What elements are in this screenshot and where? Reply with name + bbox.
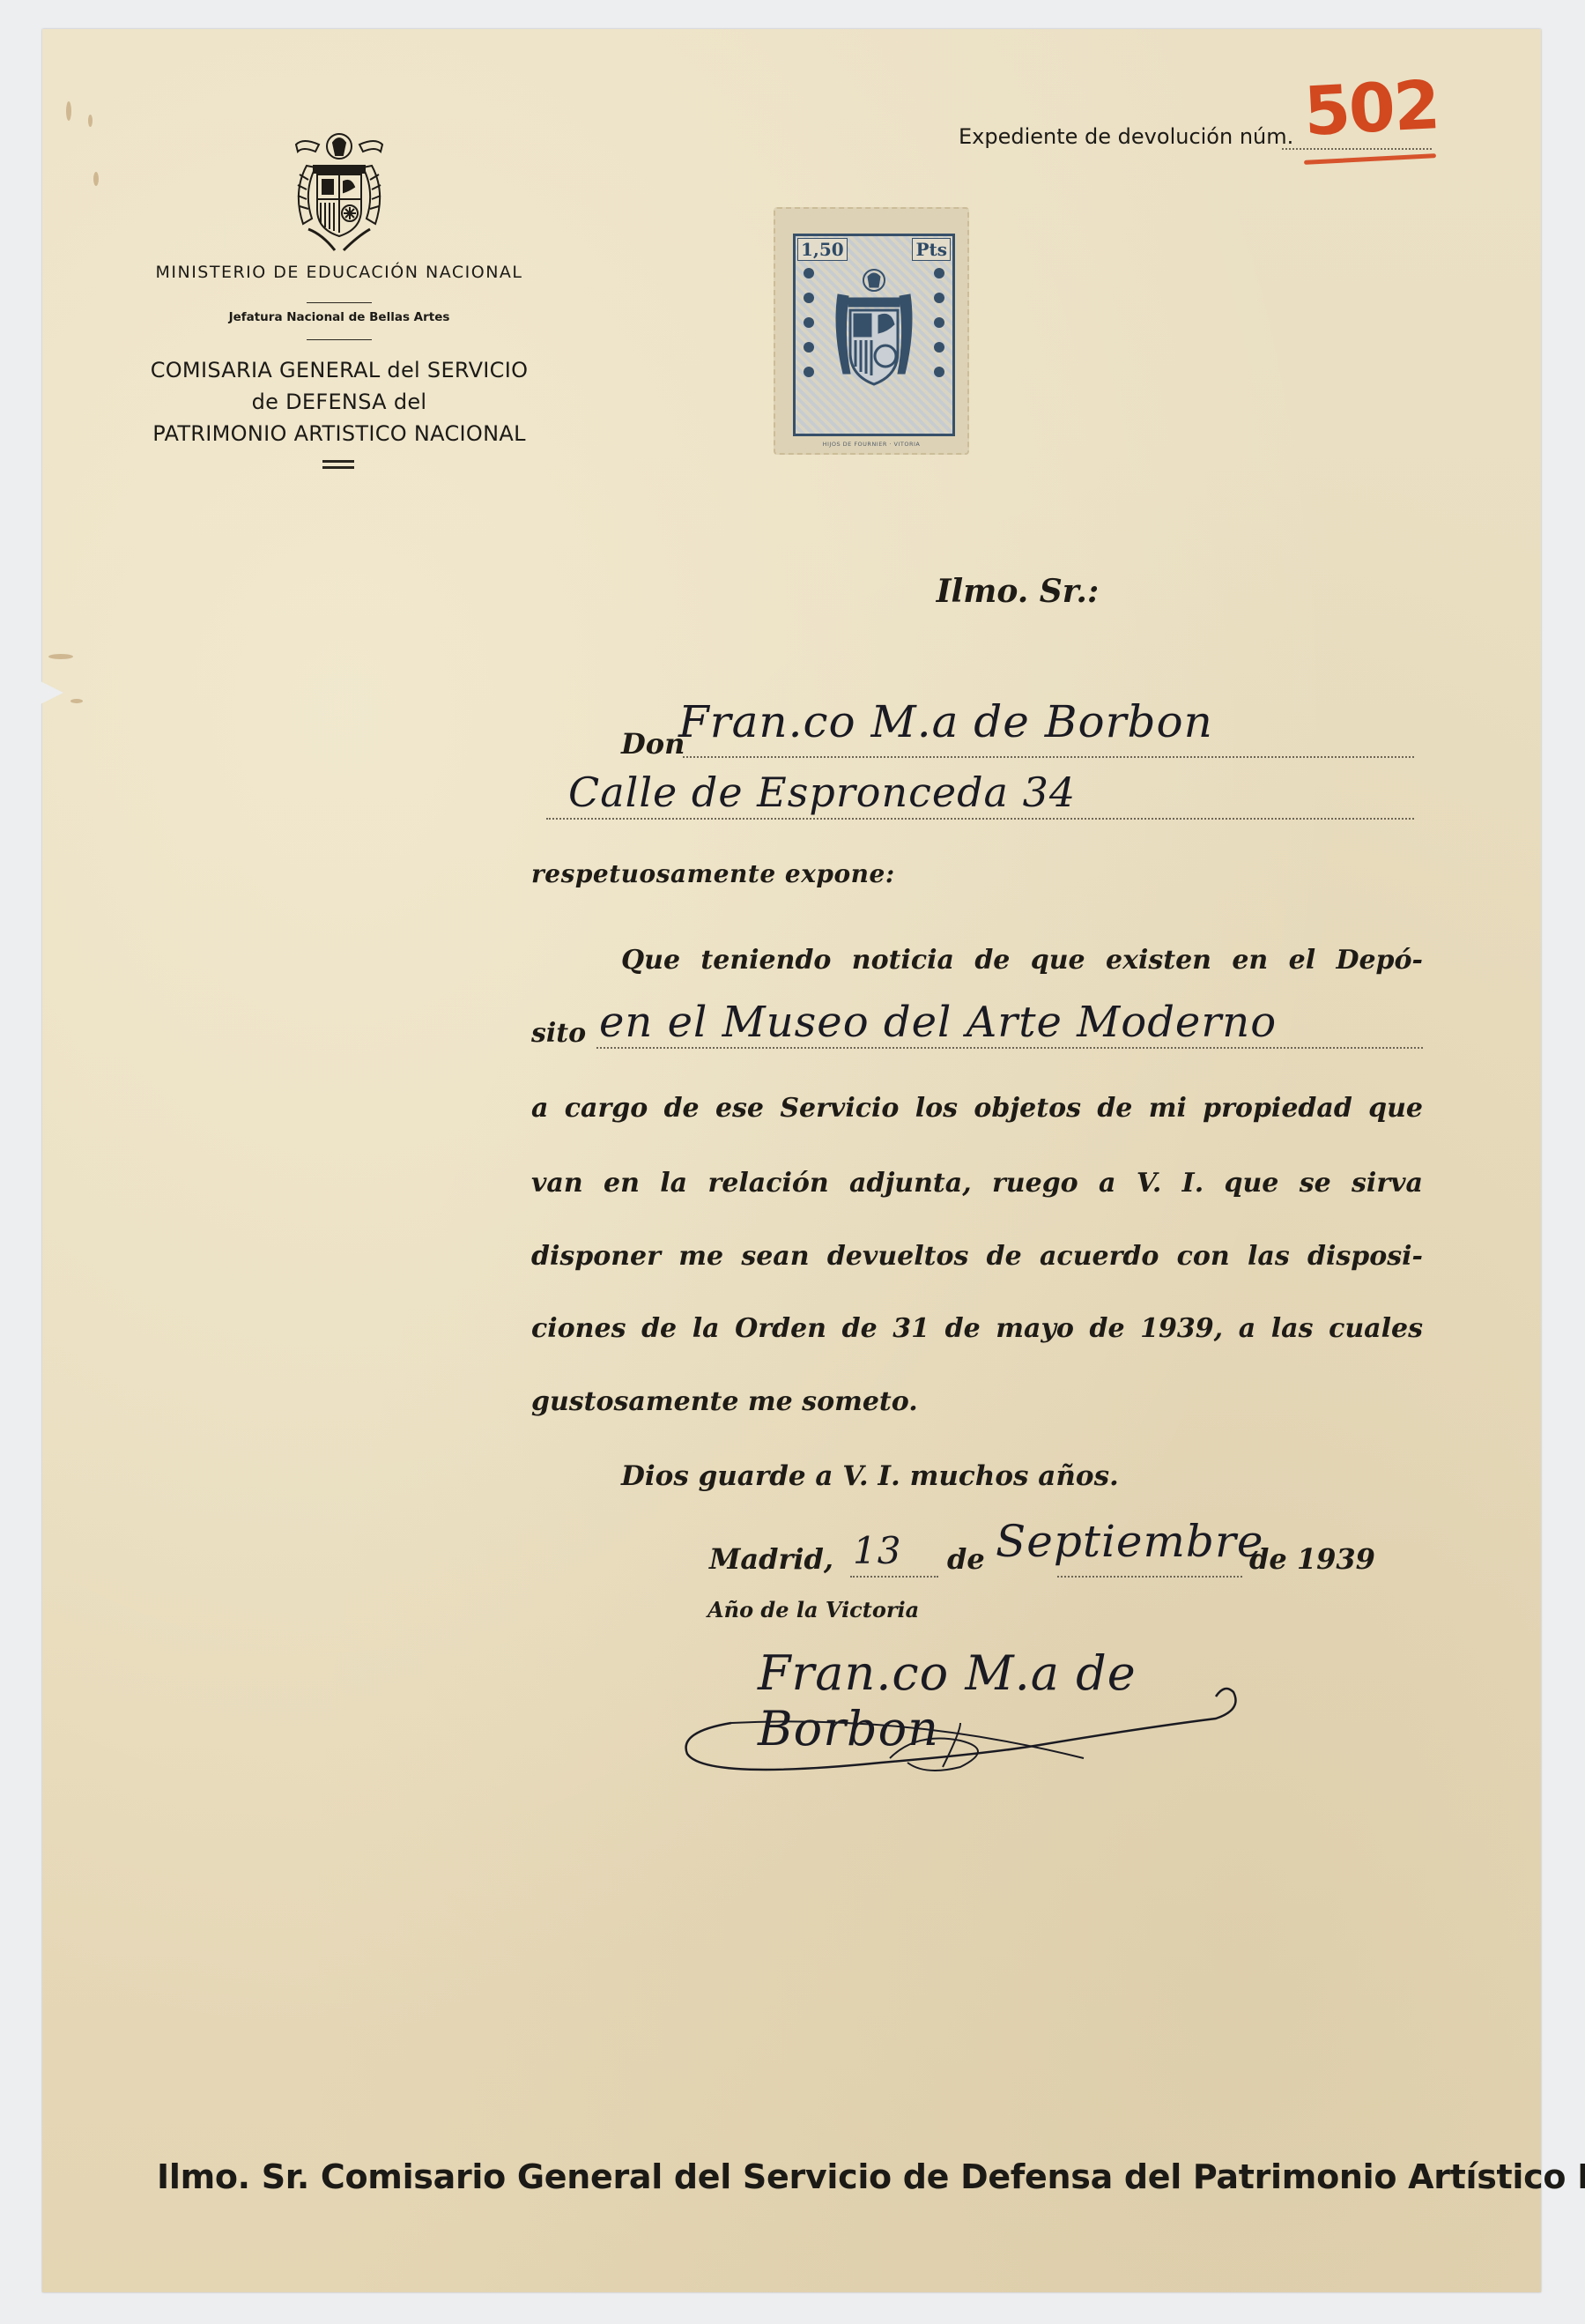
petitioner-address-handwritten: Calle de Espronceda 34	[568, 768, 1076, 816]
file-number-label: Expediente de devolución núm.	[959, 124, 1293, 149]
stamp-border-ornament-icon	[926, 263, 952, 395]
signature-flourish-icon	[678, 1635, 1278, 1785]
stamp-value: 1,50	[797, 238, 848, 261]
stamp-imprint: HIJOS DE FOURNIER · VITORIA	[775, 441, 967, 448]
commission-line: COMISARIA GENERAL del SERVICIO	[141, 354, 537, 386]
torn-edge-notch	[39, 680, 63, 705]
signature: Fran.co M.a de Borbon	[678, 1635, 1278, 1785]
stamp-coat-of-arms-icon	[834, 268, 914, 400]
closing-place: Madrid,	[709, 1542, 833, 1576]
rust-stain	[48, 654, 73, 659]
commission-heading: COMISARIA GENERAL del SERVICIO de DEFENS…	[141, 354, 537, 449]
deposit-location-handwritten: en el Museo del Arte Moderno	[599, 998, 1277, 1047]
stamp-currency: Pts	[912, 238, 951, 261]
salutation: Ilmo. Sr.:	[841, 573, 1194, 610]
header-divider	[307, 339, 372, 340]
body-line: disponer me sean devueltos de acuerdo co…	[531, 1241, 1423, 1272]
commission-line: de DEFENSA del	[141, 386, 537, 418]
footer-addressee: Ilmo. Sr. Comisario General del Servicio…	[157, 2157, 1430, 2196]
double-rule	[322, 460, 354, 463]
body-line: van en la relación adjunta, ruego a V. I…	[531, 1168, 1423, 1199]
don-label: Don	[621, 727, 685, 761]
body-line: a cargo de ese Servicio los objetos de m…	[531, 1093, 1423, 1124]
header-divider	[307, 302, 372, 303]
date-de: de	[947, 1542, 985, 1576]
rust-stain	[88, 115, 93, 127]
month-handwritten: Septiembre	[996, 1516, 1263, 1567]
name-dotted-line	[683, 756, 1414, 758]
closing-year: de 1939	[1249, 1542, 1375, 1576]
double-rule	[322, 466, 354, 469]
petitioner-name-handwritten: Fran.co M.a de Borbon	[678, 696, 1213, 747]
stamp-design: 1,50 Pts	[793, 234, 955, 436]
commission-line: PATRIMONIO ARTISTICO NACIONAL	[141, 418, 537, 449]
file-number-dotted-line	[1282, 148, 1432, 150]
coat-of-arms-icon	[287, 130, 391, 256]
era-text: Año de la Victoria	[707, 1597, 919, 1622]
department-heading: Jefatura Nacional de Bellas Artes	[148, 310, 530, 324]
address-dotted-line	[546, 818, 1414, 820]
day-dotted-line	[850, 1576, 938, 1578]
revenue-stamp: 1,50 Pts HIJOS DE FOURNIER · VITORIA	[774, 207, 969, 455]
closing-greeting: Dios guarde a V. I. muchos años.	[621, 1460, 1119, 1492]
body-line: gustosamente me someto.	[531, 1386, 918, 1417]
deposit-dotted-line	[596, 1047, 1423, 1049]
body-line: ciones de la Orden de 31 de mayo de 1939…	[531, 1313, 1423, 1344]
month-dotted-line	[1057, 1576, 1242, 1578]
body-line-prefix: sito	[531, 1018, 586, 1049]
body-line: Que teniendo noticia de que existen en e…	[621, 945, 1423, 976]
day-handwritten: 13	[853, 1529, 901, 1572]
stamp-border-ornament-icon	[796, 263, 822, 395]
rust-stain	[70, 699, 83, 703]
intro-text: respetuosamente expone:	[531, 859, 895, 888]
rust-stain	[66, 101, 71, 121]
rust-stain	[93, 172, 99, 186]
file-number-value: 502	[1302, 65, 1441, 151]
ministry-heading: MINISTERIO DE EDUCACIÓN NACIONAL	[148, 263, 530, 282]
